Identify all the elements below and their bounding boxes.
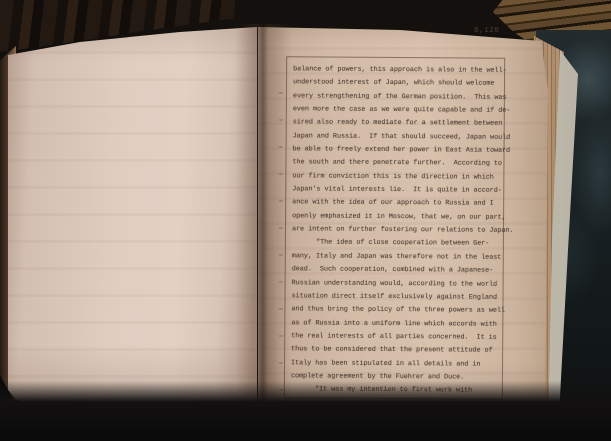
page-number: 6,120 bbox=[474, 27, 500, 35]
floor-bottom bbox=[0, 381, 611, 441]
photo-open-book: 6,120 balance of powers, this approach i… bbox=[0, 0, 611, 441]
typed-text-block: balance of powers, this approach is also… bbox=[284, 56, 505, 400]
